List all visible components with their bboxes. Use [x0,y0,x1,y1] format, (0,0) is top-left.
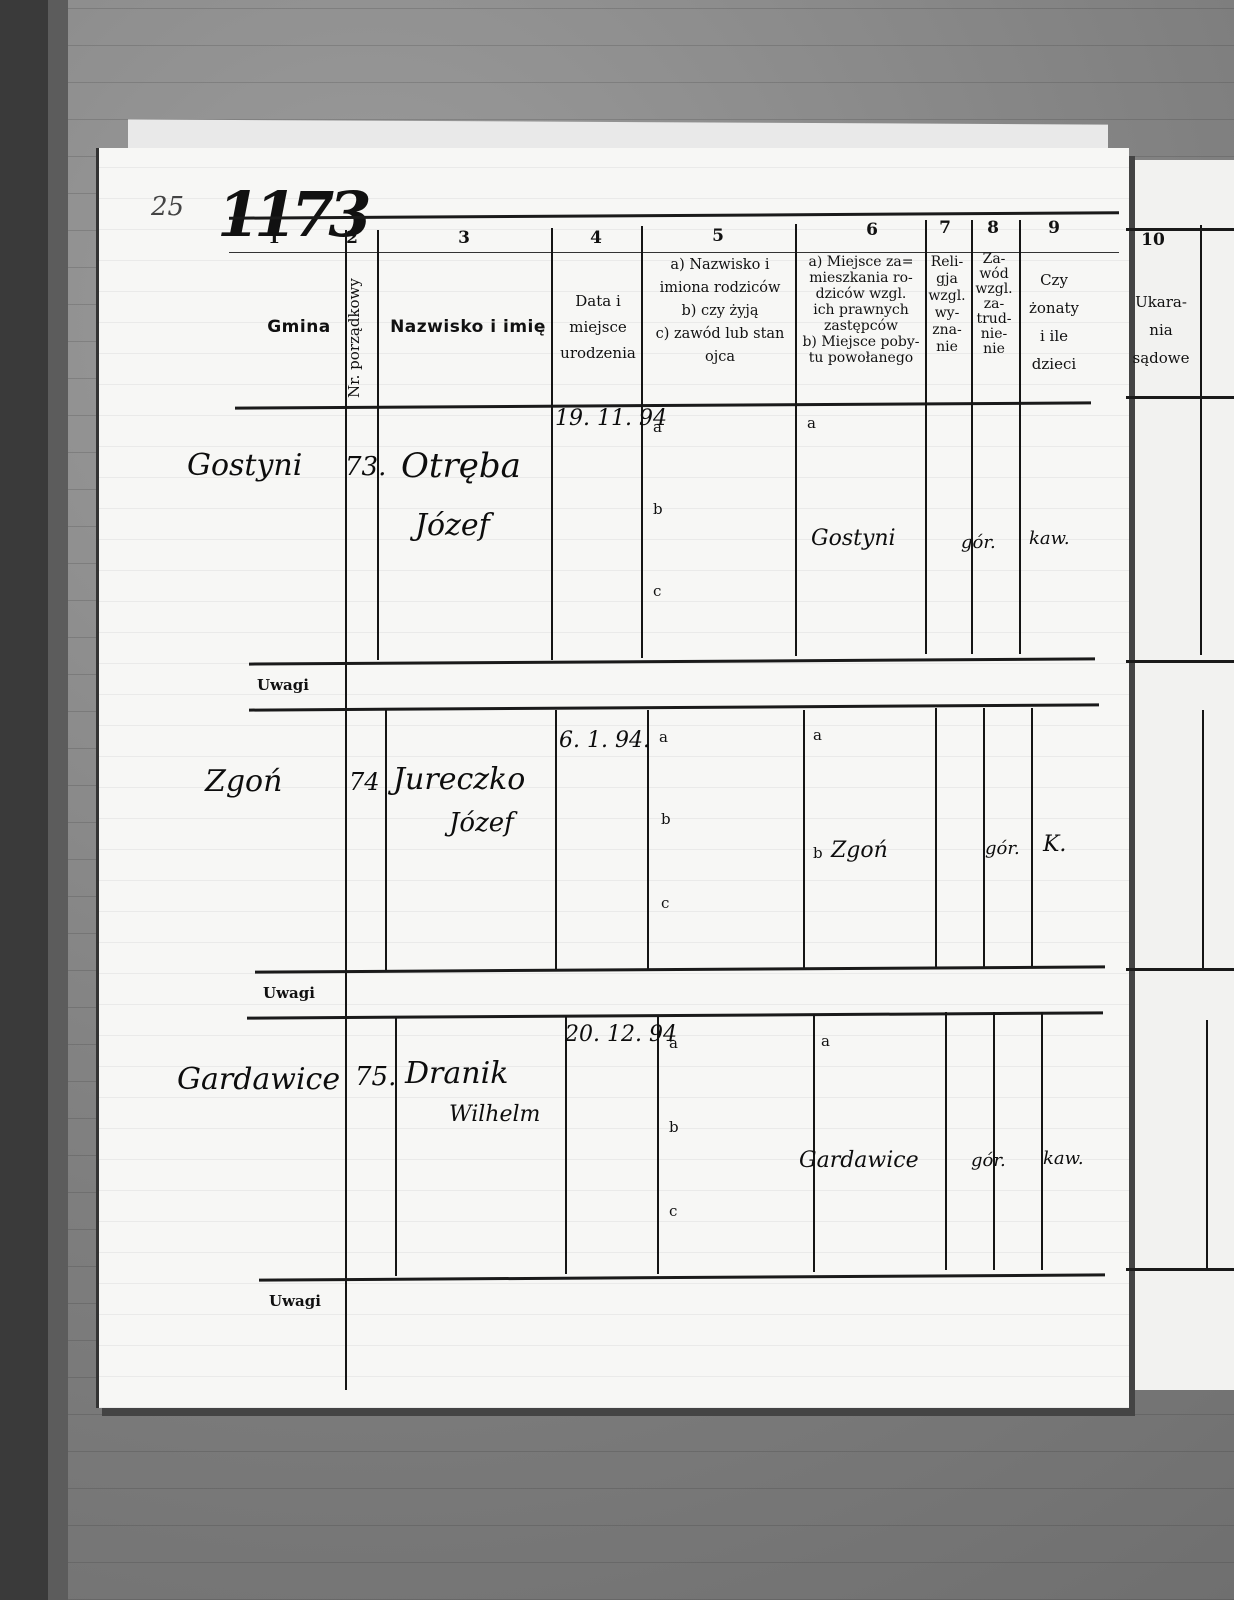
col10-line: Ukara- [1126,288,1196,316]
col-divider-3-4 [565,1016,567,1274]
entry-1-bottom-rule [249,657,1095,665]
col-header-residence: a) Miejsce za= mieszkania ro- dziców wzg… [797,254,925,366]
col6-line: mieszkania ro- [797,270,925,286]
entry-1-sub-b: b [653,500,663,518]
col-number-10: 10 [1138,230,1168,250]
col7-line: nie [925,339,969,356]
col9-line: i ile [1019,322,1089,350]
entry-2-top-rule [249,703,1099,711]
entry-1-occupation: gór. [961,532,996,553]
col7-line: wy- [925,305,969,322]
col7-line: zna- [925,322,969,339]
entry-3-sub-b: b [669,1118,679,1136]
col8-line: za- [971,297,1017,312]
col9-line: Czy [1019,266,1089,294]
col-number-5: 5 [703,226,733,246]
entry-2-occupation: gór. [985,838,1020,859]
col6-line: zastępców [797,318,925,334]
adjacent-rule [1126,660,1234,663]
adjacent-rule [1126,1268,1234,1271]
col-divider-5-6 [813,1014,815,1272]
entry-2-residence-b: Zgoń [831,838,888,863]
col7-line: gja [925,271,969,288]
col-divider-6-7 [945,1012,947,1270]
col7-line: Reli- [925,254,969,271]
entry-3-given-name: Wilhelm [449,1102,540,1127]
col6-line: dziców wzgl. [797,286,925,302]
entry-2-birth-date: 6. 1. 94. [559,728,650,753]
entry-1-residence-b: Gostyni [811,526,896,551]
col-divider-7-8 [971,220,973,654]
col9-line: dzieci [1019,350,1089,378]
col-divider-5-6 [795,224,797,656]
adjacent-rule [1126,968,1234,971]
col-divider-4-5 [641,226,643,658]
col-divider-2-3 [395,1018,397,1276]
entry-1-gmina: Gostyni [187,448,302,483]
entry-3-marital: kaw. [1043,1148,1084,1169]
col-number-6: 6 [857,220,887,240]
col7-line: wzgl. [925,288,969,305]
entry-2-sub-c: c [661,894,669,912]
col-number-7: 7 [935,218,955,238]
col8-line: wzgl. [971,282,1017,297]
col6-line: a) Miejsce za= [797,254,925,270]
col8-line: Za- [971,252,1017,267]
col-divider-3-4 [551,228,553,660]
col-header-parents: a) Nazwisko i imiona rodziców b) czy żyj… [645,254,795,369]
entry-2-sub-b: b [661,810,671,828]
col6-line: tu powołanego [797,350,925,366]
entry-1-sub-a: a [653,418,662,436]
entry-3-occupation: gór. [971,1150,1006,1171]
entry-3-res-a: a [821,1032,830,1050]
entry-2-res-b: b [813,844,823,862]
entry-2-surname: Jureczko [393,762,525,797]
col-divider-2-3 [377,230,379,660]
entry-3-gmina: Gardawice [177,1062,340,1097]
col5-line: c) zawód lub stan [645,323,795,346]
entry-1-given-name: Józef [415,508,490,543]
col-divider-7-8 [993,1012,995,1270]
adjacent-col-divider [1206,1020,1208,1270]
entry-2-remarks-label: Uwagi [263,984,315,1002]
col5-line: a) Nazwisko i [645,254,795,277]
entry-2-gmina: Zgoń [205,764,282,799]
col-number-8: 8 [983,218,1003,238]
entry-1-marital: kaw. [1029,528,1070,549]
col9-line: żonaty [1019,294,1089,322]
col8-line: trud- [971,312,1017,327]
entry-1-res-a: a [807,414,816,432]
col-divider-8-9 [1031,708,1033,968]
col-number-3: 3 [449,228,479,248]
col-number-4: 4 [581,228,611,248]
col-divider-6-7 [925,220,927,654]
adjacent-top-rule [1126,228,1234,231]
col-header-occupation: Za- wód wzgl. za- trud- nie- nie [971,252,1017,357]
entry-1-nr: 73. [345,452,386,482]
entry-3-sub-a: a [669,1034,678,1052]
adjacent-col-divider [1202,710,1204,970]
col-divider-6-7 [935,708,937,968]
col10-line: sądowe [1126,344,1196,372]
entry-2-bottom-rule [255,965,1105,973]
col-header-birth: Data i miejsce urodzenia [553,288,643,366]
col10-line: nia [1126,316,1196,344]
entry-1-sub-c: c [653,582,661,600]
col-header-name: Nazwisko i imię [383,318,553,336]
col6-line: b) Miejsce poby- [797,334,925,350]
entry-3-sub-c: c [669,1202,677,1220]
entry-2-sub-a: a [659,728,668,746]
folio-number: 25 [151,192,184,222]
adjacent-header-rule [1126,396,1234,399]
birth-header-text: Data i miejsce urodzenia [560,292,636,362]
col-divider-2-3 [385,710,387,970]
entry-3-birth-date: 20. 12. 94 [565,1022,677,1047]
col5-line: b) czy żyją [645,300,795,323]
col-divider-main [345,230,347,1390]
col-divider-3-4 [555,710,557,970]
registry-page: 25 1173 1 2 3 4 5 6 7 8 9 Gmina Nr. porz… [96,148,1129,1408]
col-divider-8-9 [1019,220,1021,654]
col-header-gmina: Gmina [239,318,359,336]
col5-line: ojca [645,346,795,369]
binding-shadow [48,0,68,1600]
entry-3-top-rule [247,1011,1103,1019]
col-number-2: 2 [337,228,367,248]
col-header-religion: Reli- gja wzgl. wy- zna- nie [925,254,969,356]
col-divider-4-5 [657,1016,659,1274]
col8-line: wód [971,267,1017,282]
col-number-9: 9 [1039,218,1069,238]
col5-line: imiona rodziców [645,277,795,300]
entry-1-surname: Otręba [401,446,521,486]
entry-3-nr: 75. [355,1062,396,1092]
col-divider-8-9 [1041,1012,1043,1270]
col-header-married: Czy żonaty i ile dzieci [1019,266,1089,378]
col-header-nr: Nr. porządkowy [345,278,363,398]
entry-2-marital: K. [1043,832,1066,857]
entry-3-residence-b: Gardawice [799,1148,919,1173]
binding-spine [0,0,48,1600]
entry-2-given-name: Józef [449,808,514,838]
adjacent-col-divider [1200,225,1202,655]
entry-3-remarks-label: Uwagi [269,1292,321,1310]
col8-line: nie [971,342,1017,357]
col-number-1: 1 [259,228,289,248]
col6-line: ich prawnych [797,302,925,318]
entry-3-bottom-rule [259,1273,1105,1281]
entry-2-nr: 74 [349,768,380,796]
entry-2-res-a: a [813,726,822,744]
entry-3-surname: Dranik [405,1056,508,1091]
col-divider-5-6 [803,710,805,970]
entry-1-remarks-label: Uwagi [257,676,309,694]
entry-1-birth-date: 19. 11. 94 [555,406,667,431]
col-header-sentences: Ukara- nia sądowe [1126,288,1196,372]
col8-line: nie- [971,327,1017,342]
